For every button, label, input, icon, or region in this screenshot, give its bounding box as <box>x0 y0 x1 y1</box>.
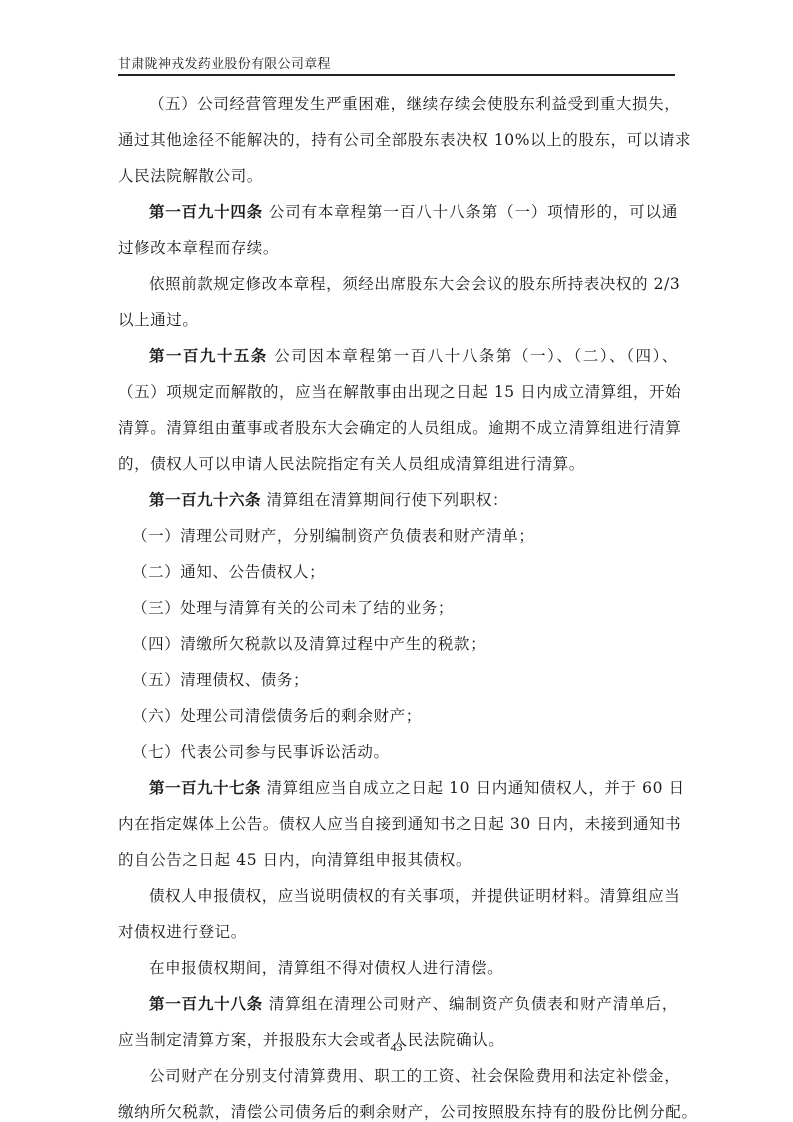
article-heading-line: 第一百九十八条 清算组在清理公司财产、编制资产负债表和财产清单后， <box>118 986 678 1022</box>
text-line: （五）项规定而解散的，应当在解散事由出现之日起 15 日内成立清算组，开始 <box>118 374 678 410</box>
document-body: （五）公司经营管理发生严重困难，继续存续会使股东利益受到重大损失， 通过其他途径… <box>118 86 678 1122</box>
article-heading-line: 第一百九十七条 清算组应当自成立之日起 10 日内通知债权人，并于 60 日 <box>118 770 678 806</box>
list-item: （五）清理债权、债务； <box>118 662 678 698</box>
text-line: （五）公司经营管理发生严重困难，继续存续会使股东利益受到重大损失， <box>118 86 678 122</box>
text-line: 通过其他途径不能解决的，持有公司全部股东表决权 10%以上的股东，可以请求 <box>118 122 678 158</box>
text-line: 过修改本章程而存续。 <box>118 230 678 266</box>
text-line: 债权人申报债权，应当说明债权的有关事项，并提供证明材料。清算组应当 <box>118 878 678 914</box>
text-line: 的，债权人可以申请人民法院指定有关人员组成清算组进行清算。 <box>118 446 678 482</box>
list-item: （三）处理与清算有关的公司未了结的业务； <box>118 590 678 626</box>
article-heading-line: 第一百九十四条 公司有本章程第一百八十八条第（一）项情形的，可以通 <box>118 194 678 230</box>
text-line: 清算。清算组由董事或者股东大会确定的人员组成。逾期不成立清算组进行清算 <box>118 410 678 446</box>
text-line: 的自公告之日起 45 日内，向清算组申报其债权。 <box>118 842 678 878</box>
list-item: （六）处理公司清偿债务后的剩余财产； <box>118 698 678 734</box>
text-line: 对债权进行登记。 <box>118 914 678 950</box>
document-title: 甘肃陇神戎发药业股份有限公司章程 <box>118 53 331 72</box>
list-item: （七）代表公司参与民事诉讼活动。 <box>118 734 678 770</box>
text-line: 以上通过。 <box>118 302 678 338</box>
page-header: 甘肃陇神戎发药业股份有限公司章程 <box>118 54 675 76</box>
text-line: 依照前款规定修改本章程，须经出席股东大会会议的股东所持表决权的 2/3 <box>118 266 678 302</box>
text-line: 在申报债权期间，清算组不得对债权人进行清偿。 <box>118 950 678 986</box>
article-heading-line: 第一百九十六条 清算组在清算期间行使下列职权： <box>118 482 678 518</box>
text-line: 公司财产在分别支付清算费用、职工的工资、社会保险费用和法定补偿金， <box>118 1058 678 1094</box>
list-item: （四）清缴所欠税款以及清算过程中产生的税款； <box>118 626 678 662</box>
text-line: 内在指定媒体上公告。债权人应当自接到通知书之日起 30 日内，未接到通知书 <box>118 806 678 842</box>
list-item: （二）通知、公告债权人； <box>118 554 678 590</box>
text-line: 人民法院解散公司。 <box>118 158 678 194</box>
list-item: （一）清理公司财产，分别编制资产负债表和财产清单； <box>118 518 678 554</box>
text-line: 缴纳所欠税款，清偿公司债务后的剩余财产，公司按照股东持有的股份比例分配。 <box>118 1094 678 1122</box>
article-heading-line: 第一百九十五条 公司因本章程第一百八十八条第（一）、（二）、（四）、 <box>118 338 678 374</box>
page-number: 43 <box>0 1040 793 1055</box>
